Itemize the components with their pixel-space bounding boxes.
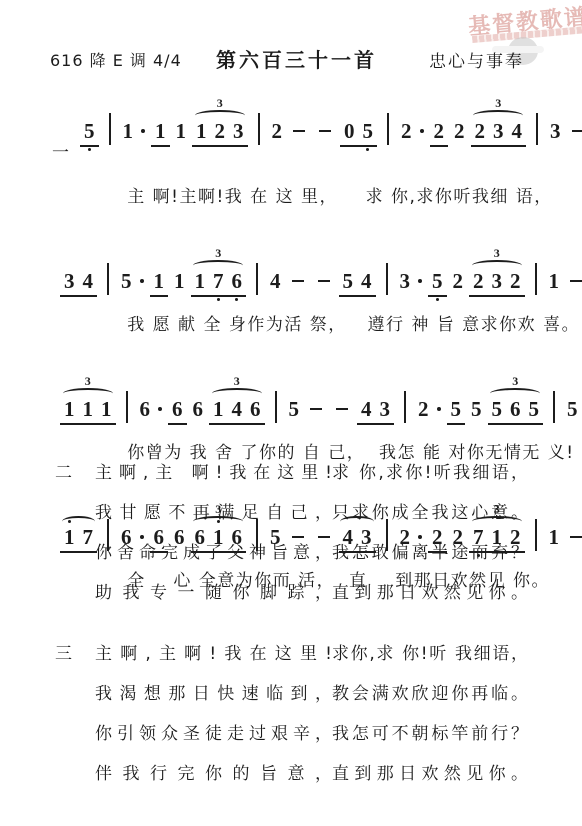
barline <box>536 113 538 145</box>
note-digit: 7 <box>209 269 228 293</box>
verse-line: 只求你成全我这心意。 <box>332 502 528 525</box>
verse-line: 你引领众圣徒走过艰辛， <box>95 723 332 746</box>
duration-dot <box>418 279 422 283</box>
note-digit: 1 <box>209 397 228 421</box>
note-digit: 5 <box>428 269 447 293</box>
verse-3-marker: 三 <box>55 643 72 666</box>
verse-3-block: 三 主啊,主啊!我在这里! 求你,求 你!听 我细语， 我渴想那日快速临到， 教… <box>0 643 582 786</box>
note-digit: 1 <box>545 269 564 293</box>
note-digit: 5 <box>339 269 358 293</box>
verse-line: 我怎可不朝标竿前行？ <box>332 723 528 746</box>
note-digit: 5 <box>80 119 99 143</box>
triplet-number: 3 <box>495 97 501 109</box>
note-digit: 2 <box>211 119 230 143</box>
verse-2-row-2: 我甘愿不再满足自己， 只求你成全我这心意。 <box>95 502 582 525</box>
triplet-number: 3 <box>215 247 221 259</box>
duration-dash <box>318 280 330 283</box>
verse-line: 我甘愿不再满足自己， <box>95 502 332 525</box>
lyric-text-1: 主 啊!主啊!我 在 这 里， 求 你,求你听我细 语， <box>127 187 553 207</box>
note-digit: 1 <box>172 119 191 143</box>
duration-dot <box>158 407 162 411</box>
header: 616 降 E 调 4/4 第六百三十一首 忠心与事奉 <box>0 44 582 72</box>
note-digit: 6 <box>189 397 208 421</box>
duration-dot <box>141 129 145 133</box>
verse-3-row-4: 伴我行完你的旨意， 直到那日欢然见你。 <box>95 763 582 786</box>
note-digit: 3 <box>546 119 565 143</box>
note-digit: 5 <box>359 119 378 143</box>
hymn-topic: 忠心与事奉 <box>429 47 524 72</box>
note-digit: 1 <box>170 269 189 293</box>
barline <box>256 263 258 295</box>
note-digit: 5 <box>525 397 544 421</box>
verse-line: 求你,求 你!听 我细语， <box>332 643 528 666</box>
music-system-1: 5111312320522232343 一 主 啊!主啊!我 在 这 里， 求 … <box>58 92 558 230</box>
note-digit: 1 <box>192 119 211 143</box>
note-digit: 5 <box>488 397 507 421</box>
notation-line-1: 5111312320522232343 <box>58 92 558 137</box>
verse-line: 直到那日欢然见你。 <box>332 763 528 786</box>
note-digit: 2 <box>471 119 490 143</box>
verse-1-marker: 一 <box>52 142 69 164</box>
verse-2-row-4: 助我专一随你脚踪， 直到那日欢然见你。 <box>95 582 582 605</box>
note-digit: 2 <box>414 397 433 421</box>
verse-line: 我渴想那日快速临到， <box>95 683 332 706</box>
note-digit: 2 <box>506 269 525 293</box>
note-digit: 4 <box>357 397 376 421</box>
verse-2-marker: 二 <box>55 462 72 485</box>
verses-section: 二 主啊,主 啊!我在这里! 求 你,求你!听我细语， 我甘愿不再满足自己， 只… <box>0 462 582 824</box>
note-digit: 6 <box>246 397 265 421</box>
verse-2-row-1: 主啊,主 啊!我在这里! 求 你,求你!听我细语， <box>95 462 582 485</box>
verse-line: 直到那日欢然见你。 <box>332 582 528 605</box>
duration-dash <box>336 408 348 411</box>
note-digit: 1 <box>150 269 169 293</box>
note-digit: 5 <box>117 269 136 293</box>
note-digit: 6 <box>228 269 247 293</box>
duration-dash <box>572 130 582 133</box>
note-digit: 1 <box>151 119 170 143</box>
duration-dash <box>319 130 331 133</box>
barline <box>553 391 555 423</box>
note-digit: 5 <box>285 397 304 421</box>
verse-line: 教会满欢欣迎你再临。 <box>332 683 528 706</box>
verse-line: 你舍命完成了父神旨意， <box>95 542 332 565</box>
verse-3-row-2: 我渴想那日快速临到， 教会满欢欣迎你再临。 <box>95 683 582 706</box>
note-digit: 6 <box>506 397 525 421</box>
note-digit: 1 <box>191 269 210 293</box>
triplet-number: 3 <box>234 375 240 387</box>
duration-dash <box>292 280 304 283</box>
hymn-sheet-page: 基督教歌谱 616 降 E 调 4/4 第六百三十一首 忠心与事奉 511131… <box>0 0 582 826</box>
duration-dot <box>140 279 144 283</box>
barline <box>386 263 388 295</box>
verse-line: 求 你,求你!听我细语， <box>332 462 528 485</box>
triplet-number: 3 <box>85 375 91 387</box>
note-digit: 2 <box>268 119 287 143</box>
hymn-title: 第六百三十一首 <box>216 44 377 73</box>
note-digit: 1 <box>60 397 79 421</box>
note-digit: 5 <box>563 397 582 421</box>
barline <box>387 113 389 145</box>
lyric-text-3: 你曾为 我 舍 了你的 自 己， 我怎 能 对你无情无 义! <box>127 443 574 463</box>
verse-3-row-1: 主啊,主啊!我在这里! 求你,求 你!听 我细语， <box>95 643 582 666</box>
note-digit: 0 <box>340 119 359 143</box>
verse-line: 我怎敢偏离半途而弃？ <box>332 542 528 565</box>
note-digit: 3 <box>488 269 507 293</box>
note-digit: 3 <box>396 269 415 293</box>
barline <box>126 391 128 423</box>
note-digit: 2 <box>449 269 468 293</box>
note-digit: 4 <box>508 119 527 143</box>
barline <box>275 391 277 423</box>
note-digit: 4 <box>79 269 98 293</box>
note-digit: 5 <box>447 397 466 421</box>
notation-line-2: 34511317645435232321 <box>58 242 558 287</box>
verse-line: 伴我行完你的旨意， <box>95 763 332 786</box>
triplet-number: 3 <box>217 97 223 109</box>
verse-line: 助我专一随你脚踪， <box>95 582 332 605</box>
duration-dash <box>293 130 305 133</box>
note-digit: 1 <box>119 119 138 143</box>
note-digit: 2 <box>450 119 469 143</box>
lyric-text-2: 我 愿 献 全 身作为活 祭， 遵行 神 旨 意求你欢 喜。 <box>127 315 580 335</box>
note-digit: 1 <box>79 397 98 421</box>
lyric-line-1: 一 主 啊!主啊!我 在 这 里， 求 你,求你听我细 语， <box>58 142 558 230</box>
verse-3-row-3: 你引领众圣徒走过艰辛， 我怎可不朝标竿前行？ <box>95 723 582 746</box>
note-digit: 1 <box>97 397 116 421</box>
duration-dot <box>420 129 424 133</box>
note-digit: 2 <box>430 119 449 143</box>
barline <box>535 263 537 295</box>
music-system-2: 34511317645435232321 我 愿 献 全 身作为活 祭， 遵行 … <box>58 242 558 358</box>
note-digit: 2 <box>469 269 488 293</box>
notation-line-3: 3111666314654325535655 <box>58 370 558 415</box>
triplet-number: 3 <box>494 247 500 259</box>
duration-dash <box>310 408 322 411</box>
duration-dot <box>437 407 441 411</box>
note-digit: 3 <box>376 397 395 421</box>
barline <box>404 391 406 423</box>
note-digit: 4 <box>228 397 247 421</box>
note-digit: 3 <box>60 269 79 293</box>
verse-line: 主啊,主 啊!我在这里! <box>95 462 332 485</box>
lyric-line-2: 我 愿 献 全 身作为活 祭， 遵行 神 旨 意求你欢 喜。 <box>58 292 558 358</box>
barline <box>107 263 109 295</box>
note-digit: 6 <box>136 397 155 421</box>
barline <box>109 113 111 145</box>
triplet-number: 3 <box>512 375 518 387</box>
verse-2-row-3: 你舍命完成了父神旨意， 我怎敢偏离半途而弃？ <box>95 542 582 565</box>
duration-dash <box>570 280 582 283</box>
note-digit: 3 <box>489 119 508 143</box>
barline <box>258 113 260 145</box>
note-digit: 2 <box>397 119 416 143</box>
note-digit: 5 <box>467 397 486 421</box>
note-digit: 6 <box>168 397 187 421</box>
note-digit: 4 <box>266 269 285 293</box>
catalog-number: 616 降 E 调 4/4 <box>50 48 182 71</box>
note-digit: 3 <box>229 119 248 143</box>
verse-line: 主啊,主啊!我在这里! <box>95 643 332 666</box>
note-digit: 4 <box>357 269 376 293</box>
verse-2-block: 二 主啊,主 啊!我在这里! 求 你,求你!听我细语， 我甘愿不再满足自己， 只… <box>0 462 582 605</box>
